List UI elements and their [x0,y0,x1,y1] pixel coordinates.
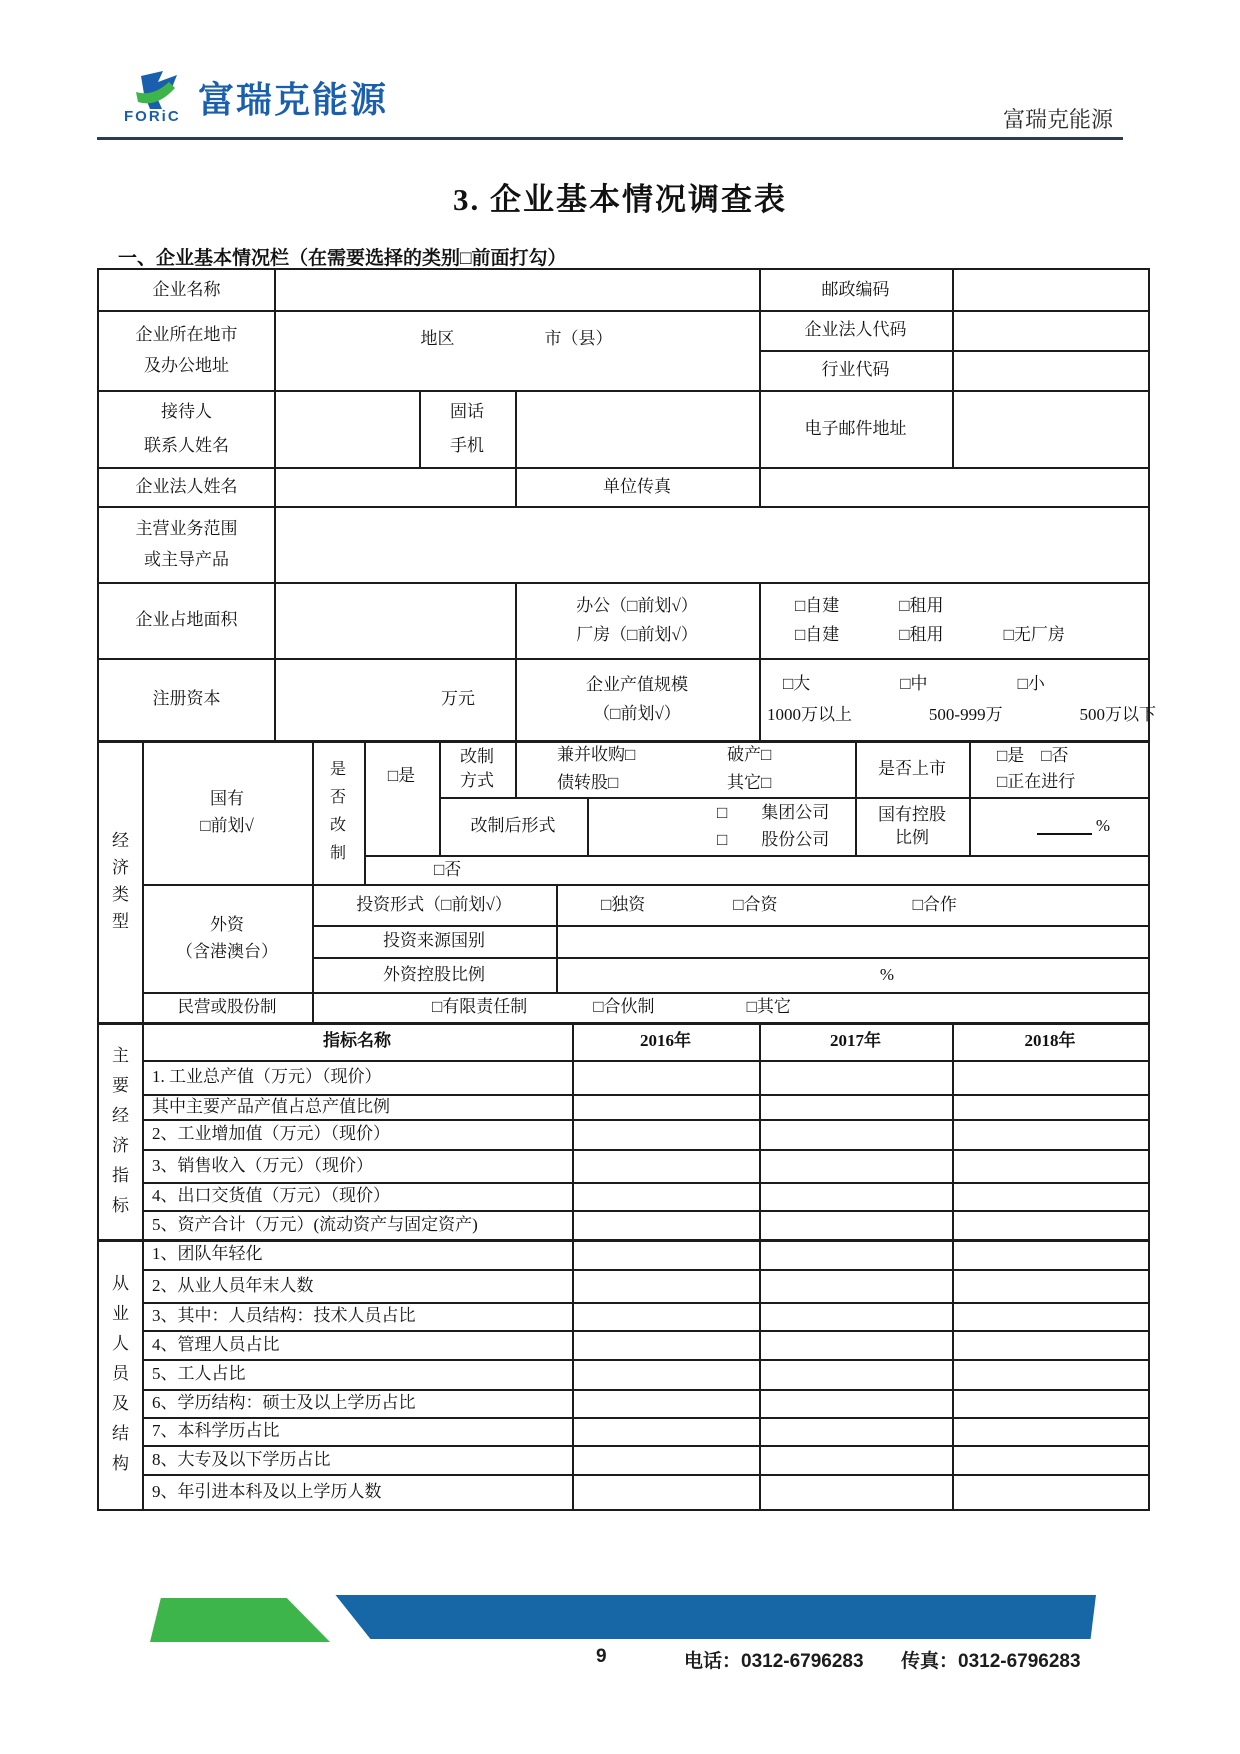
footer-blue-band [320,1595,1096,1639]
column-header-2016: 2016年 [572,1022,759,1060]
label-source-country: 投资来源国别 [312,925,556,957]
label-landline: 固话 [450,401,484,422]
checkbox-large: □大 [783,673,810,694]
checkbox-other-mode: 其它□ [727,772,771,793]
checkbox-self-built: □自建 [795,595,839,616]
survey-table: 企业名称 邮政编码 企业所在地市 及办公地址 地区 市（县） 企业法人代码 行业… [97,268,1150,1511]
label-output-scale: 企业产值规模 （□前划√） [515,658,759,740]
label-fax: 单位传真 [515,467,759,506]
workforce-row-label: 8、大专及以下学历占比 [142,1445,572,1474]
label-group-company: 集团公司 [761,802,829,823]
checkbox-rented-2: □租用 [899,624,943,645]
workforce-row-label: 6、学历结构：硕士及以上学历占比 [142,1389,572,1417]
checkbox-medium: □中 [900,673,927,694]
label-contact-name: 联系人姓名 [144,435,229,456]
options-listed: □是 □否 □正在进行 [969,740,1148,797]
logo-foric-text: FORiC [124,108,181,125]
label-phones: 固话 手机 [419,390,515,467]
field-state-holding-percent: % [969,797,1148,855]
indicator-row-label: 1. 工业总产值（万元）（现价） [142,1060,572,1094]
indicator-row-label: 4、出口交货值（万元）（现价） [142,1182,572,1210]
document-page: FORiC 富瑞克能源 富瑞克能源 3. 企业基本情况调查表 一、企业基本情况栏… [0,0,1240,1754]
label-listed: 是否上市 [855,740,969,797]
label-stock-company: 股份公司 [761,829,829,850]
checkbox-stock-company: □ [717,829,727,850]
indicator-row-label: 5、资产合计（万元）(流动资产与固定资产) [142,1210,572,1239]
checkbox-group-company: □ [717,802,727,823]
logo-company-name: 富瑞克能源 [198,72,388,123]
checkbox-restructure-yes: □是 [364,740,439,855]
section-subtitle: 一、企业基本情况栏（在需要选择的类别□前面打勾） [118,243,566,270]
label-foreign-capital: 外资 （含港澳台） [142,884,312,992]
label-district-city: 地区 市（县） [274,322,759,356]
label-private: 民营或股份制 [142,992,312,1022]
label-mobile: 手机 [450,435,484,456]
label-large-range: 1000万以上 [767,704,852,725]
header-rule [97,137,1123,140]
workforce-row-label: 9、年引进本科及以上学历人数 [142,1474,572,1509]
label-industry-code: 行业代码 [759,350,952,390]
checkbox-limited: □有限责任制 [432,996,527,1017]
footer-green-band [150,1598,330,1642]
label-medium-range: 500-999万 [929,704,1003,725]
options-investment-form: □独资 □合资 □合作 [556,884,1148,925]
column-header-indicator: 指标名称 [142,1022,572,1060]
label-receptionist: 接待人 [161,401,212,422]
checkbox-restructure-no: □否 [364,855,1148,884]
label-company-location: 企业所在地市 及办公地址 [99,310,274,390]
page-title: 3. 企业基本情况调查表 [0,174,1240,219]
checkbox-coop: □合作 [913,894,957,915]
options-private: □有限责任制 □合伙制 □其它 [312,992,1148,1022]
indicator-row-label: 其中主要产品产值占总产值比例 [142,1094,572,1119]
label-legal-person-code: 企业法人代码 [759,310,952,350]
workforce-row-label: 4、管理人员占比 [142,1330,572,1359]
workforce-row-label: 1、团队年轻化 [142,1239,572,1269]
label-foreign-holding: 外资控股比例 [312,957,556,992]
label-small-range: 500万以下 [1079,704,1156,725]
column-header-2018: 2018年 [952,1022,1148,1060]
label-restructure: 是否改制 [312,740,364,884]
label-state-owned: 国有 □前划√ [142,740,312,884]
label-company-name: 企业名称 [99,270,274,310]
label-contact: 接待人 联系人姓名 [99,390,274,467]
options-post-restructure: □ 集团公司 □ 股份公司 [587,797,855,855]
percent-underline [1037,818,1092,835]
label-registered-capital: 注册资本 [99,658,274,740]
label-state-holding: 国有控股 比例 [855,797,969,855]
label-restructure-mode: 改制 方式 [439,740,515,797]
options-restructure-mode: 兼并收购□ 破产□ 债转股□ 其它□ [515,740,855,797]
checkbox-merger: 兼并收购□ [557,744,727,765]
workforce-row-label: 5、工人占比 [142,1359,572,1389]
checkbox-partnership: □合伙制 [593,996,654,1017]
page-number: 9 [596,1646,607,1668]
workforce-row-label: 3、其中：人员结构：技术人员占比 [142,1302,572,1330]
workforce-row-label: 7、本科学历占比 [142,1417,572,1445]
label-post-restructure: 改制后形式 [439,797,587,855]
workforce-row-label: 2、从业人员年末人数 [142,1269,572,1302]
checkbox-listed-yes-no: □是 □否 [997,745,1069,766]
label-email: 电子邮件地址 [759,390,952,467]
label-district: 地区 [421,328,455,349]
label-wan-yuan: 万元 [274,658,515,740]
label-land-area: 企业占地面积 [99,582,274,658]
checkbox-debt-equity: 债转股□ [557,772,727,793]
label-indicators-section: 主要经济指标 [99,1022,142,1239]
column-header-2017: 2017年 [759,1022,952,1060]
label-city-county: 市（县） [545,328,613,349]
checkbox-sole: □独资 [601,894,645,915]
checkbox-small: □小 [1018,673,1045,694]
checkbox-rented: □租用 [899,595,943,616]
indicator-row-label: 3、销售收入（万元）（现价） [142,1149,572,1182]
checkbox-no-plant: □无厂房 [1004,624,1065,645]
label-office: 办公（□前划√） [576,595,698,616]
label-economy-section: 经济类型 [99,740,142,1022]
checkbox-bankruptcy: 破产□ [727,744,771,765]
footer-phone: 电话：0312-6796283 [684,1646,864,1673]
checkbox-in-progress: □正在进行 [997,771,1075,792]
checkbox-joint: □合资 [733,894,777,915]
field-foreign-holding-percent: % [556,957,1148,992]
label-business-scope: 主营业务范围 或主导产品 [99,506,274,582]
label-plant: 厂房（□前划√） [576,624,698,645]
label-postal-code: 邮政编码 [759,270,952,310]
label-workforce-section: 从业人员及结构 [99,1239,142,1509]
footer-fax: 传真：0312-6796283 [901,1646,1081,1673]
checkbox-other-private: □其它 [747,996,791,1017]
label-percent: % [1096,815,1110,836]
checkbox-self-built-2: □自建 [795,624,839,645]
label-investment-form: 投资形式（□前划√） [312,884,556,925]
header-right-text: 富瑞克能源 [1003,103,1113,134]
grid-line-v [952,270,954,467]
indicator-row-label: 2、工业增加值（万元）（现价） [142,1119,572,1149]
label-office-plant: 办公（□前划√） 厂房（□前划√） [515,582,759,658]
label-legal-person-name: 企业法人姓名 [99,467,274,506]
foric-logo-icon [133,70,185,110]
options-building: □自建 □租用 □自建 □租用 □无厂房 [759,582,1148,658]
options-output-scale: □大 □中 □小 1000万以上 500-999万 500万以下 [759,658,1148,740]
